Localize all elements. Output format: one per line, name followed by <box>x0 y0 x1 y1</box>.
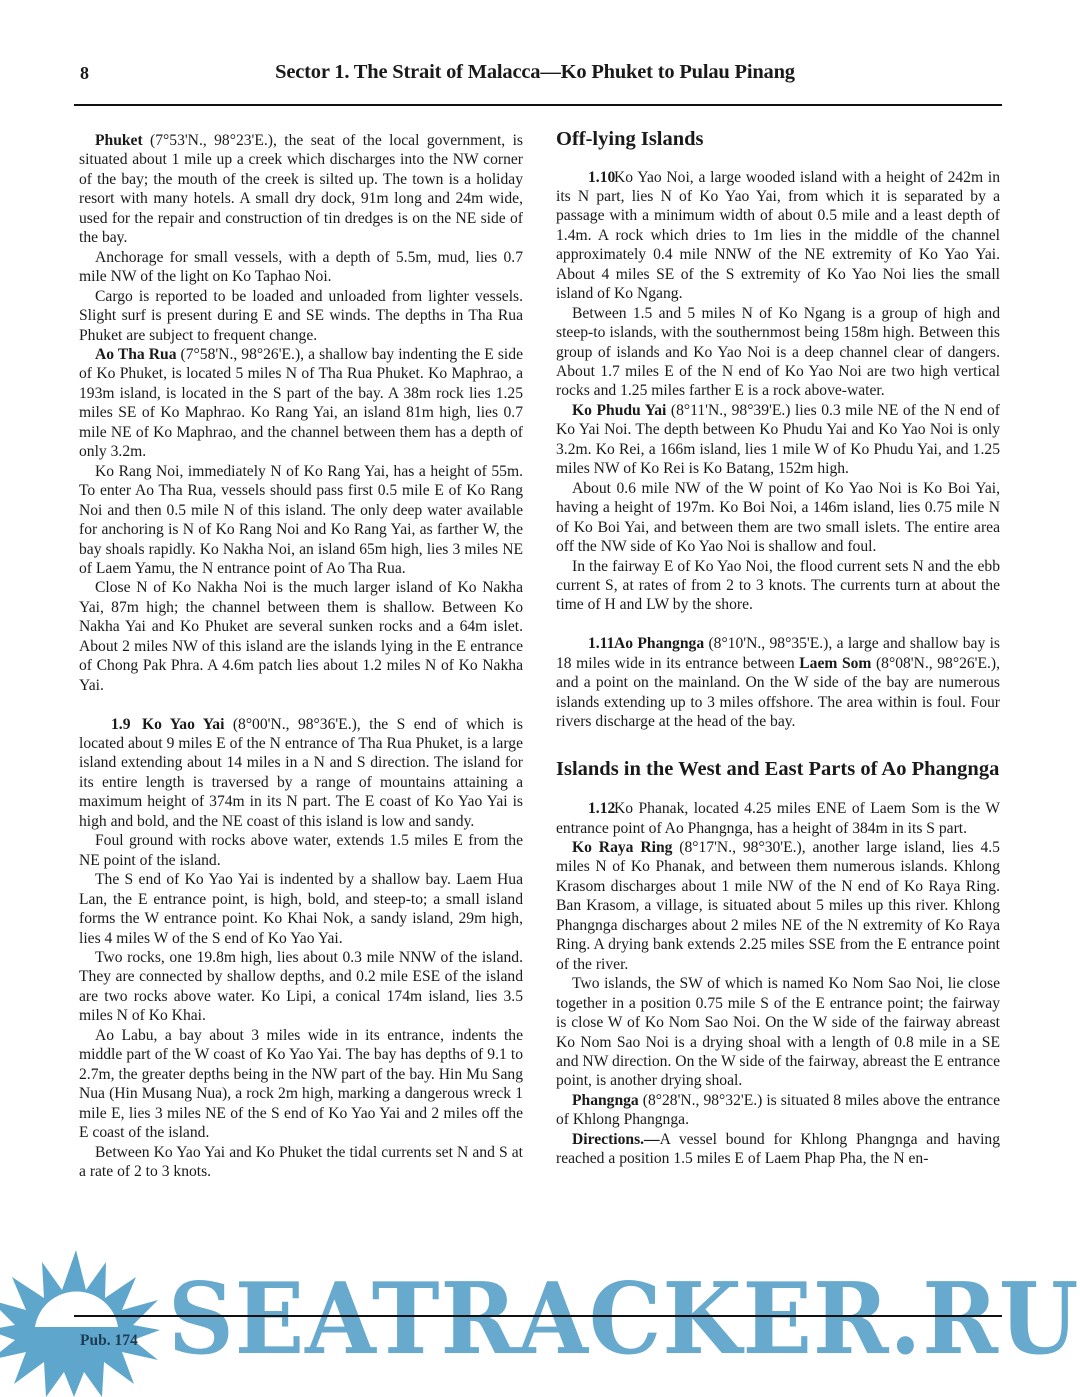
place-name: Ko Yao Yai <box>142 716 224 733</box>
paragraph: Anchorage for small vessels, with a dept… <box>79 248 523 287</box>
paragraph-number: 1.12 <box>572 799 614 818</box>
top-rule <box>74 104 1002 106</box>
paragraph: In the fairway E of Ko Yao Noi, the floo… <box>556 557 1000 615</box>
place-name: Phuket <box>95 132 143 149</box>
paragraph: About 0.6 mile NW of the W point of Ko Y… <box>556 479 1000 557</box>
paragraph-text: (8°17'N., 98°30'E.), another large islan… <box>556 839 1000 973</box>
paragraph-text: (7°58'N., 98°26'E.), a shallow bay inden… <box>79 346 523 460</box>
left-column: Phuket (7°53'N., 98°23'E.), the seat of … <box>79 131 523 1181</box>
paragraph-text: Ko Phanak, located 4.25 miles ENE of Lae… <box>556 800 1000 836</box>
place-name: Phangnga <box>572 1092 639 1109</box>
subheading-directions: Directions.— <box>572 1131 660 1148</box>
paragraph-number: 1.11 <box>572 634 614 653</box>
paragraph: Two rocks, one 19.8m high, lies about 0.… <box>79 948 523 1026</box>
bottom-rule <box>74 1315 1002 1317</box>
paragraph: The S end of Ko Yao Yai is indented by a… <box>79 870 523 948</box>
paragraph: Between 1.5 and 5 miles N of Ko Ngang is… <box>556 304 1000 401</box>
place-name: Ko Phudu Yai <box>572 402 666 419</box>
watermark-text: SEATRACKER.RU <box>168 1270 1079 1370</box>
page-number: 8 <box>80 63 89 84</box>
place-name: Laem Som <box>799 655 871 672</box>
paragraph: Foul ground with rocks above water, exte… <box>79 831 523 870</box>
paragraph: Between Ko Yao Yai and Ko Phuket the tid… <box>79 1143 523 1182</box>
section-heading: Off-lying Islands <box>556 128 1000 151</box>
publication-label: Pub. 174 <box>80 1332 138 1350</box>
paragraph: Ao Labu, a bay about 3 miles wide in its… <box>79 1026 523 1143</box>
running-head: Sector 1. The Strait of Malacca—Ko Phuke… <box>120 61 950 84</box>
paragraph: Ko Raya Ring (8°17'N., 98°30'E.), anothe… <box>556 838 1000 974</box>
place-name: Ao Tha Rua <box>95 346 177 363</box>
section-heading: Islands in the West and East Parts of Ao… <box>556 758 1000 781</box>
paragraph: Close N of Ko Nakha Noi is the much larg… <box>79 578 523 695</box>
place-name: Ao Phangnga <box>614 635 704 652</box>
paragraph-number: 1.9 <box>95 715 142 734</box>
paragraph: Phuket (7°53'N., 98°23'E.), the seat of … <box>79 131 523 248</box>
paragraph: Ko Rang Noi, immediately N of Ko Rang Ya… <box>79 462 523 579</box>
section-paragraph: 1.9Ko Yao Yai (8°00'N., 98°36'E.), the S… <box>79 715 523 832</box>
place-name: Ko Raya Ring <box>572 839 672 856</box>
right-column: Off-lying Islands 1.10Ko Yao Noi, a larg… <box>556 128 1000 1169</box>
section-paragraph: 1.12Ko Phanak, located 4.25 miles ENE of… <box>556 799 1000 838</box>
section-paragraph: 1.11Ao Phangnga (8°10'N., 98°35'E.), a l… <box>556 634 1000 731</box>
section-paragraph: 1.10Ko Yao Noi, a large wooded island wi… <box>556 168 1000 304</box>
paragraph: Ko Phudu Yai (8°11'N., 98°39'E.) lies 0.… <box>556 401 1000 479</box>
paragraph-number: 1.10 <box>572 168 614 187</box>
paragraph: Cargo is reported to be loaded and unloa… <box>79 287 523 345</box>
paragraph-text: (7°53'N., 98°23'E.), the seat of the loc… <box>79 132 523 246</box>
paragraph: Ao Tha Rua (7°58'N., 98°26'E.), a shallo… <box>79 345 523 462</box>
paragraph-text: Ko Yao Noi, a large wooded island with a… <box>556 169 1000 303</box>
paragraph: Two islands, the SW of which is named Ko… <box>556 974 1000 1091</box>
paragraph: Directions.—A vessel bound for Khlong Ph… <box>556 1130 1000 1169</box>
paragraph: Phangnga (8°28'N., 98°32'E.) is situated… <box>556 1091 1000 1130</box>
